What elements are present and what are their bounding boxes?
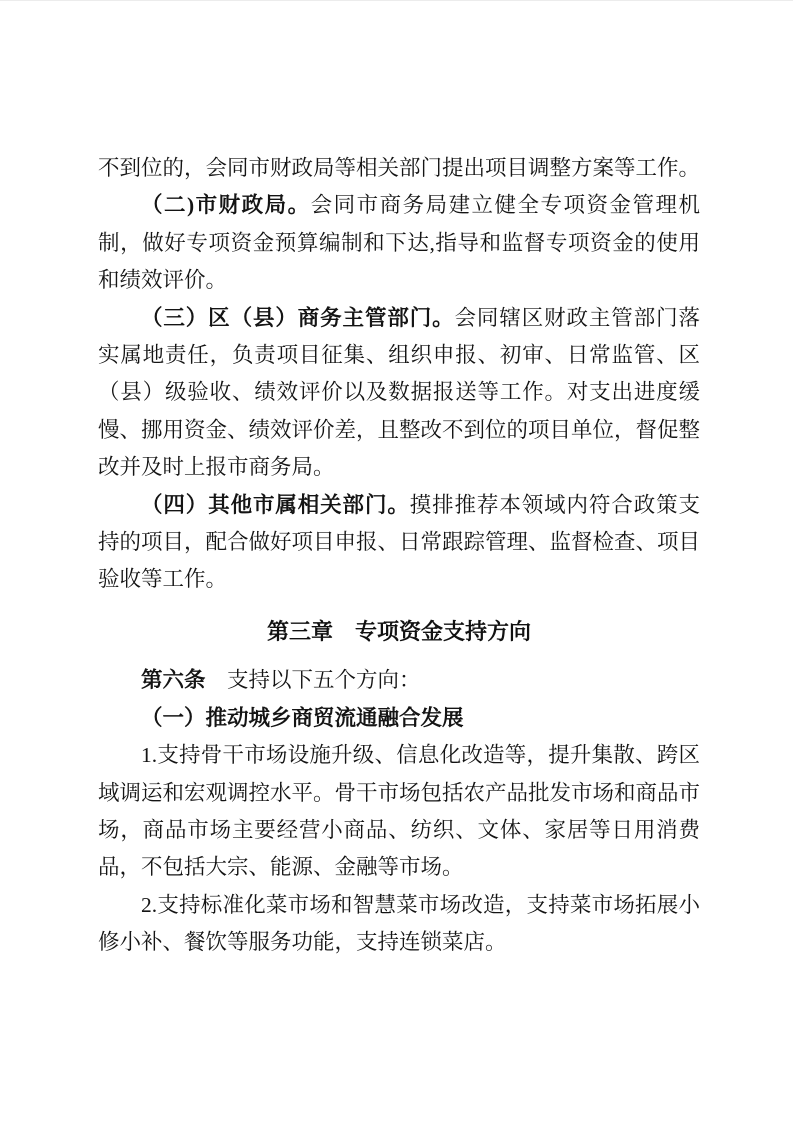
article-number-label: 第六条 bbox=[141, 668, 206, 692]
paragraph-direction-1-point-1: 1.支持骨干市场设施升级、信息化改造等，提升集散、跨区域调运和宏观调控水平。骨干… bbox=[98, 737, 700, 887]
paragraph-direction-1-heading: （一）推动城乡商贸流通融合发展 bbox=[98, 700, 700, 737]
paragraph-text: 2.支持标准化菜市场和智慧菜市场改造，支持菜市场拓展小修小补、餐饮等服务功能，支… bbox=[98, 893, 700, 954]
paragraph-item-2-city-finance-bureau: （二)市财政局。会同市商务局建立健全专项资金管理机制，做好专项资金预算编制和下达… bbox=[98, 187, 700, 299]
direction-heading-text: （一）推动城乡商贸流通融合发展 bbox=[141, 706, 464, 730]
item-label: （三）区（县）商务主管部门。 bbox=[141, 306, 455, 330]
document-body: 不到位的，会同市财政局等相关部门提出项目调整方案等工作。 （二)市财政局。会同市… bbox=[98, 150, 700, 962]
paragraph-text: 1.支持骨干市场设施升级、信息化改造等，提升集散、跨区域调运和宏观调控水平。骨干… bbox=[98, 743, 700, 879]
paragraph-article-6: 第六条 支持以下五个方向： bbox=[98, 662, 700, 699]
item-label: （四）其他市属相关部门。 bbox=[141, 493, 410, 517]
paragraph-text: 支持以下五个方向： bbox=[206, 668, 421, 692]
paragraph-text: 会同辖区财政主管部门落实属地责任，负责项目征集、组织申报、初审、日常监管、区（县… bbox=[98, 306, 700, 480]
paragraph-item-3-district-commerce-departments: （三）区（县）商务主管部门。会同辖区财政主管部门落实属地责任，负责项目征集、组织… bbox=[98, 300, 700, 487]
paragraph-direction-1-point-2: 2.支持标准化菜市场和智慧菜市场改造，支持菜市场拓展小修小补、餐饮等服务功能，支… bbox=[98, 887, 700, 962]
chapter-heading-text: 第三章 专项资金支持方向 bbox=[267, 619, 531, 644]
document-page: 不到位的，会同市财政局等相关部门提出项目调整方案等工作。 （二)市财政局。会同市… bbox=[0, 0, 793, 1122]
paragraph-item-4-other-municipal-departments: （四）其他市属相关部门。摸排推荐本领域内符合政策支持的项目，配合做好项目申报、日… bbox=[98, 487, 700, 599]
paragraph-responsibility-finance-intro-continuation: 不到位的，会同市财政局等相关部门提出项目调整方案等工作。 bbox=[98, 150, 700, 187]
item-label: （二)市财政局。 bbox=[141, 193, 311, 217]
paragraph-text: 不到位的，会同市财政局等相关部门提出项目调整方案等工作。 bbox=[98, 156, 700, 180]
chapter-3-heading: 第三章 专项资金支持方向 bbox=[98, 613, 700, 650]
